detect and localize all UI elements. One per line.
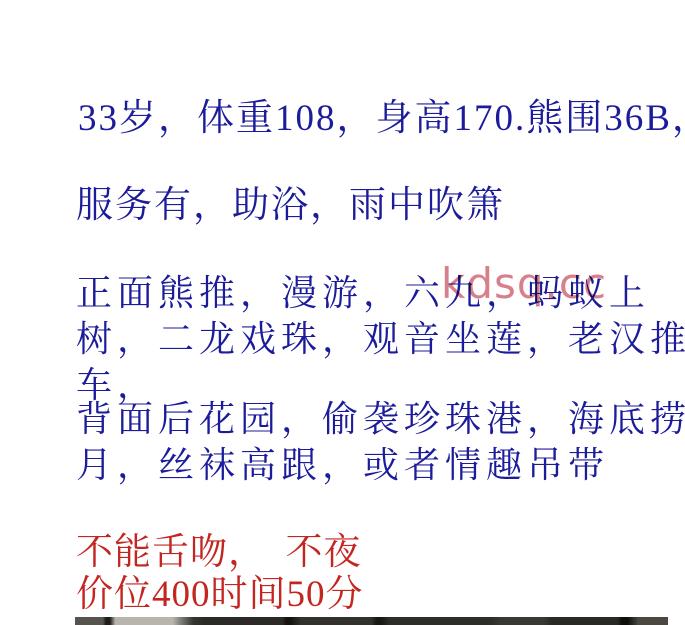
site-watermark: kdsq.cc (441, 263, 607, 305)
price-line: 价位400时间50分 (76, 576, 364, 613)
front-services-line-2: 树，二龙戏珠，观音坐莲，老汉推 (76, 322, 685, 358)
services-intro-line: 服务有，助浴，雨中吹箫 (76, 187, 505, 224)
back-services-line-1: 背面后花园，偷袭珍珠港，海底捞 (76, 402, 685, 438)
screenshot-root: 33岁，体重108，身高170.熊围36B， 服务有，助浴，雨中吹箫 正面熊推，… (0, 0, 685, 625)
restrictions-line: 不能舌吻， 不夜 (76, 534, 362, 571)
back-services-line-2: 月，丝袜高跟，或者情趣吊带 (76, 448, 609, 484)
stats-line: 33岁，体重108，身高170.熊围36B， (78, 100, 685, 137)
cropped-photo-strip (75, 617, 668, 625)
